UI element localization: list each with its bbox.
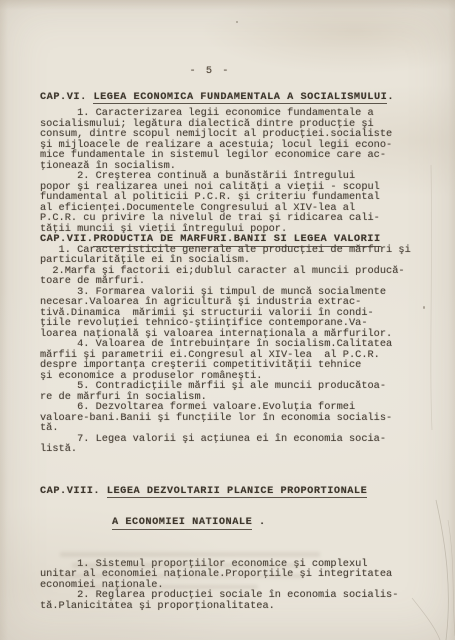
paper-crease — [0, 0, 455, 640]
document-page: - 5 - CAP.VI. LEGEA ECONOMICA FUNDAMENTA… — [0, 0, 455, 640]
